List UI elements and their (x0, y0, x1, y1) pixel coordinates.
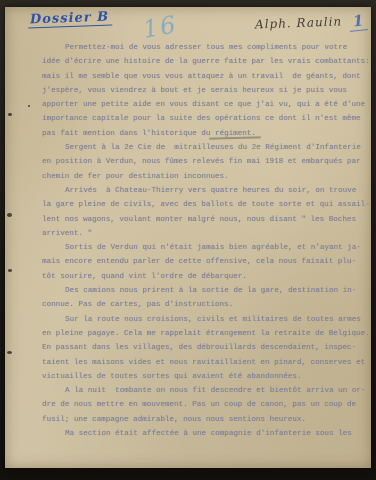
typed-line: Sortis de Verdun qui n'était jamais bien… (42, 241, 367, 255)
typed-line: en position à Verdun, nous fûmes relevés… (42, 155, 367, 169)
scan-background: Dossier B 16 Alph. Raulin 1 Permettez-mo… (0, 0, 376, 480)
typed-line: j'espère, vous viendrez à bout et je ser… (42, 84, 367, 98)
author-name: Alph. Raulin (255, 14, 343, 31)
typed-line: Sur la route nous croisions, civils et m… (42, 313, 367, 327)
typed-line: Des camions nous prirent à la sortie de … (42, 284, 367, 298)
scan-speck (7, 351, 12, 354)
letter-body: Permettez-moi de vous adresser tous mes … (42, 41, 367, 441)
typed-line: en pleine pagaye. Cela me rappelait étra… (42, 327, 367, 341)
typed-line: A la nuit tombante on nous fit descendre… (42, 384, 367, 398)
typed-line: taient les maisons vides et nous ravitai… (42, 356, 367, 370)
typed-line: arrivent. " (42, 227, 367, 241)
typed-line: En passant dans les villages, des débrou… (42, 341, 367, 355)
archive-number: 16 (141, 10, 180, 44)
typed-line: Ma section était affectée à une compagni… (42, 427, 367, 441)
typed-line: Arrivés à Chateau-Thierry vers quatre he… (42, 184, 367, 198)
typed-line: importance capitale pour la suite des op… (42, 112, 367, 126)
typed-line: dre de nous mettre en mouvement. Pas un … (42, 398, 367, 412)
typed-line: Sergent à la 2e Cie de mitrailleuses du … (42, 141, 367, 155)
typed-line: tôt sourire, quand vint l'ordre de débar… (42, 270, 367, 284)
typed-line: idée d'écrire une histoire de la guerre … (42, 55, 367, 69)
document-page: Dossier B 16 Alph. Raulin 1 Permettez-mo… (5, 7, 371, 468)
typed-line: chemin de fer pour destination inconnues… (42, 170, 367, 184)
typed-line: victuailles de toutes sortes qui avaient… (42, 370, 367, 384)
typed-line: lent nos wagons, voulant monter malgré n… (42, 213, 367, 227)
typed-line: la gare pleine de civils, avec des ballo… (42, 198, 367, 212)
page-number: 1 (348, 11, 368, 32)
typed-line: mais il me semble que vous vous attaquez… (42, 70, 367, 84)
typed-line: pas fait mention dans l'historique du ré… (42, 127, 367, 141)
typed-line: connue. Pas de cartes, pas d'instruction… (42, 298, 367, 312)
scan-speck (8, 269, 12, 272)
typed-line: Permettez-moi de vous adresser tous mes … (42, 41, 367, 55)
dossier-label: Dossier B (28, 10, 113, 29)
typed-line: fusil; une campagne admirable, nous nous… (42, 413, 367, 427)
scan-speck (7, 213, 12, 217)
typed-line: mais encore entendu parler de cette offe… (42, 255, 367, 269)
scan-speck (28, 105, 30, 107)
scan-speck (8, 113, 12, 116)
typed-line: apporter une petite aide en vous disant … (42, 98, 367, 112)
